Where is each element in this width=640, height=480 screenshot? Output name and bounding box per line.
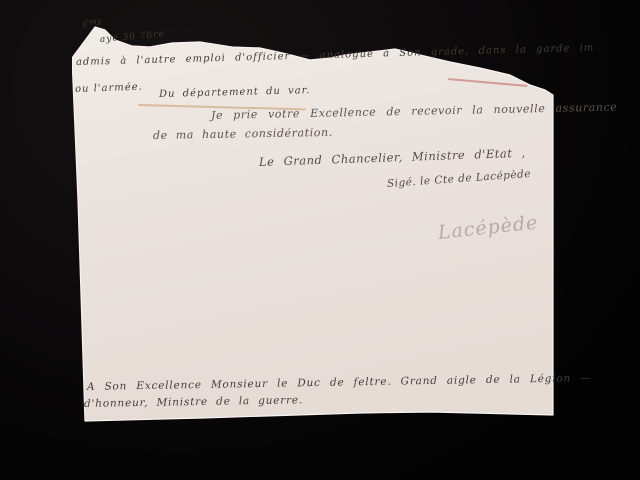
letter-paper: g'my ayé 30 7bre admis à l'autre emploi …	[72, 21, 554, 429]
photo-background: g'my ayé 30 7bre admis à l'autre emploi …	[0, 0, 640, 480]
annotation-line-2a: ou l'armée.	[75, 82, 143, 95]
